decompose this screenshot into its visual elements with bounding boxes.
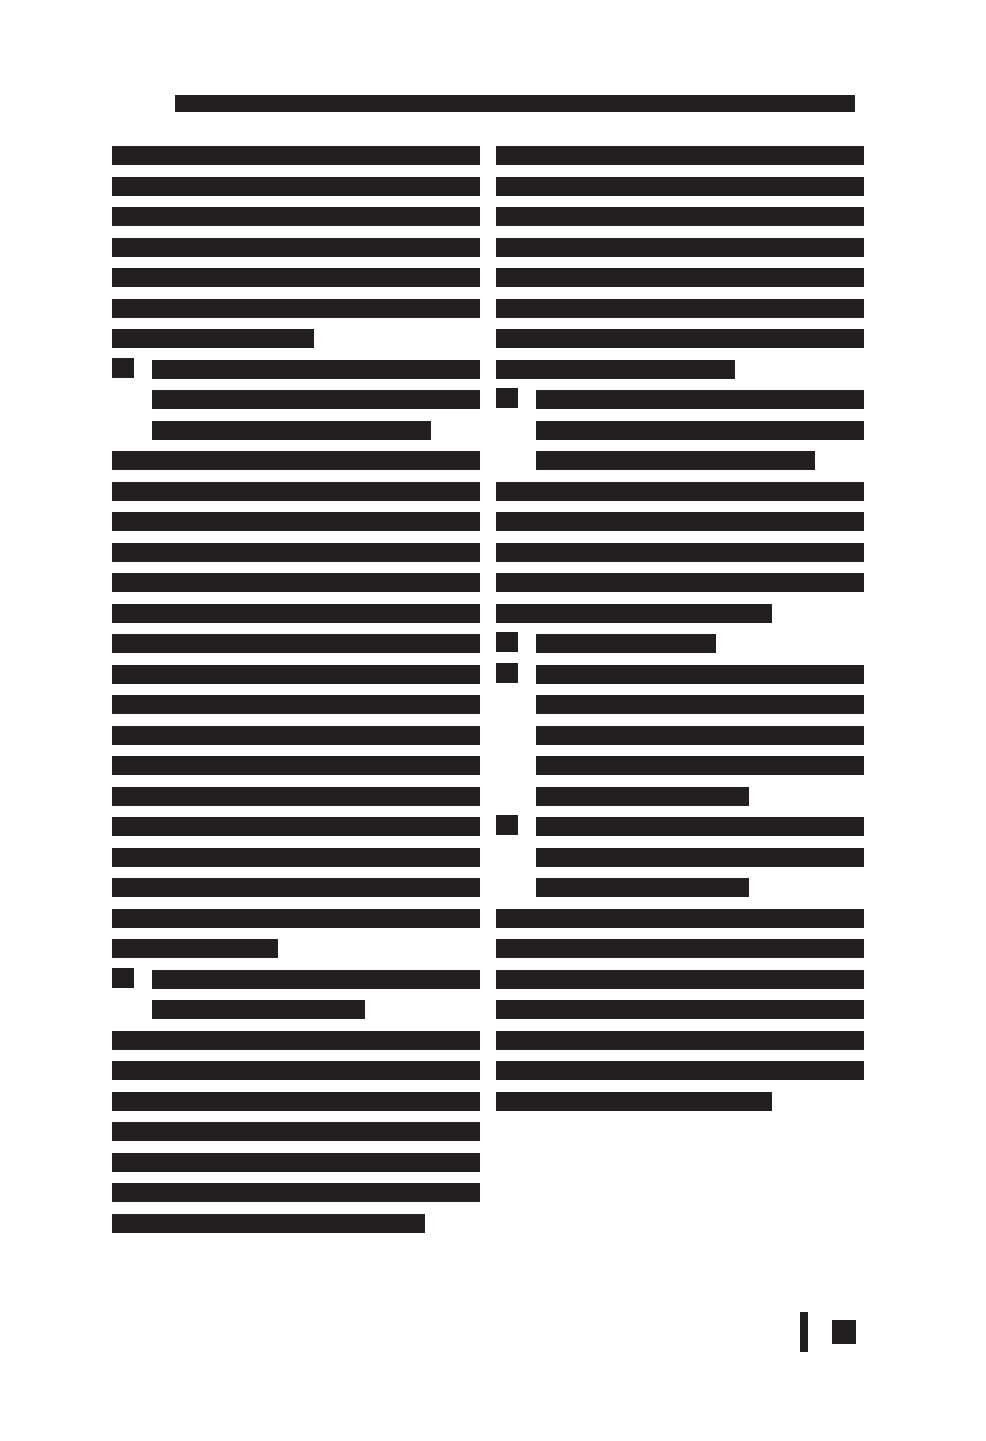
text-line (112, 482, 480, 501)
text-line (112, 787, 480, 806)
list-marker (496, 815, 518, 835)
text-line (112, 665, 480, 684)
list-item-line (536, 634, 716, 653)
text-line (496, 1092, 772, 1111)
text-line (112, 238, 480, 257)
list-marker (496, 388, 518, 408)
text-line (496, 1031, 864, 1050)
text-line (112, 207, 480, 226)
list-item-line (152, 360, 480, 379)
text-line (112, 1122, 480, 1141)
list-item-line (536, 756, 864, 775)
list-item-line (536, 726, 864, 745)
text-line (496, 329, 864, 348)
list-item-line (536, 695, 864, 714)
text-line (112, 878, 480, 897)
text-line (112, 695, 480, 714)
text-line (112, 1183, 480, 1202)
list-marker (496, 632, 518, 652)
list-item-line (152, 421, 431, 440)
text-line (112, 512, 480, 531)
list-item-line (536, 878, 749, 897)
list-marker (112, 968, 134, 988)
list-item-line (536, 848, 864, 867)
list-item-line (152, 1000, 365, 1019)
text-line (496, 512, 864, 531)
list-item-line (536, 451, 815, 470)
text-line (112, 1061, 480, 1080)
list-item-line (536, 665, 864, 684)
running-header (175, 95, 855, 112)
list-item-line (536, 787, 749, 806)
text-line (496, 177, 864, 196)
text-line (112, 726, 480, 745)
page-number-rule (800, 1312, 808, 1352)
list-item-line (536, 390, 864, 409)
text-line (112, 573, 480, 592)
text-line (496, 543, 864, 562)
list-marker (112, 358, 134, 378)
text-line (112, 909, 480, 928)
text-line (496, 909, 864, 928)
list-item-line (536, 421, 864, 440)
text-line (112, 146, 480, 165)
text-line (496, 238, 864, 257)
text-line (496, 146, 864, 165)
text-line (112, 848, 480, 867)
text-line (112, 177, 480, 196)
text-line (496, 573, 864, 592)
text-line (112, 604, 480, 623)
list-item-line (152, 970, 480, 989)
text-line (112, 451, 480, 470)
text-line (112, 268, 480, 287)
list-item-line (536, 817, 864, 836)
text-line (496, 1061, 864, 1080)
text-line (112, 1153, 480, 1172)
text-line (496, 207, 864, 226)
text-line (496, 299, 864, 318)
text-line (496, 360, 735, 379)
text-line (112, 1214, 425, 1233)
text-line (112, 1031, 480, 1050)
text-line (112, 329, 314, 348)
text-line (496, 970, 864, 989)
text-line (496, 268, 864, 287)
list-item-line (152, 390, 480, 409)
text-line (112, 756, 480, 775)
text-line (112, 1092, 480, 1111)
text-line (112, 817, 480, 836)
text-line (112, 299, 480, 318)
text-line (112, 543, 480, 562)
text-line (112, 634, 480, 653)
text-line (496, 1000, 864, 1019)
text-line (496, 939, 864, 958)
page-number (832, 1320, 856, 1344)
text-line (112, 939, 278, 958)
text-line (496, 482, 864, 501)
list-marker (496, 663, 518, 683)
text-line (496, 604, 772, 623)
